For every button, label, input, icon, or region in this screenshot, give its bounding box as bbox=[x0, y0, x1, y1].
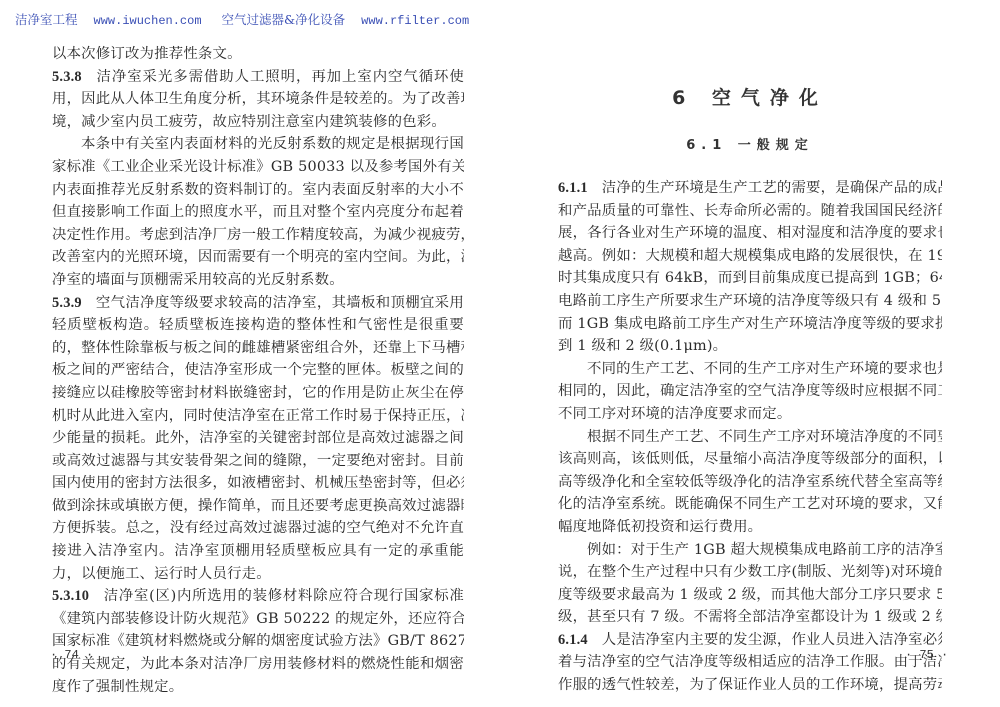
text-line: 和产品质量的可靠性、长寿命所必需的。随着我国国民经济的发 bbox=[558, 200, 942, 223]
text-line: 的有关规定，为此本条对洁净厂房用装修材料的燃烧性能和烟密 bbox=[52, 653, 464, 676]
site2-url[interactable]: www.rfilter.com bbox=[361, 14, 469, 28]
line-text: 净室的墙面与顶棚需采用较高的光反射系数。 bbox=[52, 272, 344, 288]
text-line: 板之间的严密结合，使洁净室形成一个完整的匣体。板壁之间的 bbox=[52, 359, 464, 382]
text-line: 以本次修订改为推荐性条文。 bbox=[52, 43, 464, 66]
line-text: 化的洁净室系统。既能确保不同生产工艺对环境的要求，又能大 bbox=[558, 496, 942, 512]
text-line: 《建筑内部装修设计防火规范》GB 50222 的规定外，还应符合现行 bbox=[52, 608, 464, 631]
text-line: 机时从此进入室内，同时使洁净室在正常工作时易于保持正压，减 bbox=[52, 405, 464, 428]
line-text: 板之间的严密结合，使洁净室形成一个完整的匣体。板壁之间的 bbox=[52, 362, 464, 378]
text-line: 例如：对于生产 1GB 超大规模集成电路前工序的洁净室来 bbox=[558, 539, 942, 562]
text-line: 用，因此从人体卫生角度分析，其环境条件是较差的。为了改善环 bbox=[52, 88, 464, 111]
line-text: 做到涂抹或填嵌方便，操作简单，而且还要考虑更换高效过滤器时 bbox=[52, 498, 464, 514]
text-line: 说，在整个生产过程中只有少数工序(制版、光刻等)对环境的洁净 bbox=[558, 561, 942, 584]
text-line: 度等级要求最高为 1 级或 2 级，而其他大部分工序只要求 5 级、6 bbox=[558, 584, 942, 607]
line-text: 决定性作用。考虑到洁净厂房一般工作精度较高，为减少视疲劳， bbox=[52, 227, 464, 243]
line-text: 到 1 级和 2 级(0.1μm)。 bbox=[558, 338, 727, 354]
text-line: 越高。例如：大规模和超大规模集成电路的发展很快，在 1980 年 bbox=[558, 245, 942, 268]
line-text: 轻质壁板构造。轻质壁板连接构造的整体性和气密性是很重要 bbox=[52, 317, 464, 333]
text-line: 到 1 级和 2 级(0.1μm)。 bbox=[558, 335, 942, 358]
line-text: 根据不同生产工艺、不同生产工序对环境洁净度的不同要求， bbox=[587, 429, 942, 445]
text-line: 但直接影响工作面上的照度水平，而且对整个室内亮度分布起着 bbox=[52, 201, 464, 224]
text-line: 电路前工序生产所要求生产环境的洁净度等级只有 4 级和 5 级， bbox=[558, 290, 942, 313]
section-title: 6.1 一般规定 bbox=[558, 135, 942, 157]
line-text: 和产品质量的可靠性、长寿命所必需的。随着我国国民经济的发 bbox=[558, 203, 942, 219]
text-line: 轻质壁板构造。轻质壁板连接构造的整体性和气密性是很重要 bbox=[52, 314, 464, 337]
line-text: 机时从此进入室内，同时使洁净室在正常工作时易于保持正压，减 bbox=[52, 408, 464, 424]
text-line: 本条中有关室内表面材料的光反射系数的规定是根据现行国 bbox=[52, 133, 464, 156]
line-text: 度作了强制性规定。 bbox=[52, 679, 183, 695]
clause-number: 6.1.4 bbox=[558, 632, 588, 648]
site1-url[interactable]: www.iwuchen.com bbox=[94, 14, 202, 28]
page-number-left: · 74 · bbox=[50, 648, 93, 662]
line-text: 相同的，因此，确定洁净室的空气洁净度等级时应根据不同工艺、 bbox=[558, 383, 942, 399]
text-line: 改善室内的光照环境，因而需要有一个明亮的室内空间。为此，洁 bbox=[52, 246, 464, 269]
text-line: 家标准《工业企业采光设计标准》GB 50033 以及参考国外有关室 bbox=[52, 156, 464, 179]
text-line: 时其集成度只有 64kB，而到目前集成度已提高到 1GB；64kB 集成 bbox=[558, 267, 942, 290]
line-text: 国内使用的密封方法很多，如液槽密封、机械压垫密封等，但必须 bbox=[52, 475, 464, 491]
line-text: 《建筑内部装修设计防火规范》GB 50222 的规定外，还应符合现行 bbox=[52, 611, 464, 627]
line-text: 或高效过滤器与其安装骨架之间的缝隙，一定要绝对密封。目前 bbox=[52, 453, 464, 469]
line-text: 接缝应以硅橡胶等密封材料嵌缝密封，它的作用是防止灰尘在停 bbox=[52, 385, 464, 401]
text-line: 不同的生产工艺、不同的生产工序对生产环境的要求也是不 bbox=[558, 358, 942, 381]
text-line: 5.3.9空气洁净度等级要求较高的洁净室，其墙板和顶棚宜采用 bbox=[52, 292, 464, 315]
text-line: 化的洁净室系统。既能确保不同生产工艺对环境的要求，又能大 bbox=[558, 493, 942, 516]
text-line: 级，甚至只有 7 级。不需将全部洁净室都设计为 1 级或 2 级。 bbox=[558, 606, 942, 629]
text-line: 幅度地降低初投资和运行费用。 bbox=[558, 516, 942, 539]
text-line: 作服的透气性较差，为了保证作业人员的工作环境，提高劳动生产 bbox=[558, 674, 942, 697]
text-line: 而 1GB 集成电路前工序生产对生产环境洁净度等级的要求提高 bbox=[558, 313, 942, 336]
text-line: 6.1.4人是洁净室内主要的发尘源，作业人员进入洁净室必须穿 bbox=[558, 629, 942, 652]
text-line: 高等级净化和全室较低等级净化的洁净室系统代替全室高等级净 bbox=[558, 471, 942, 494]
page-number-right: · 75 · bbox=[905, 648, 948, 662]
text-line: 境，减少室内员工疲劳，故应特别注意室内建筑装修的色彩。 bbox=[52, 111, 464, 134]
line-text: 不同的生产工艺、不同的生产工序对生产环境的要求也是不 bbox=[587, 361, 942, 377]
line-text: 着与洁净室的空气洁净度等级相适应的洁净工作服。由于洁净工 bbox=[558, 654, 942, 670]
text-line: 力，以便施工、运行时人员行走。 bbox=[52, 563, 464, 586]
line-text: 作服的透气性较差，为了保证作业人员的工作环境，提高劳动生产 bbox=[558, 677, 942, 693]
line-text: 国家标准《建筑材料燃烧或分解的烟密度试验方法》GB/T 8627 bbox=[52, 633, 464, 649]
line-text: 空气洁净度等级要求较高的洁净室，其墙板和顶棚宜采用 bbox=[96, 295, 464, 311]
line-text: 以本次修订改为推荐性条文。 bbox=[52, 46, 242, 62]
line-text: 用，因此从人体卫生角度分析，其环境条件是较差的。为了改善环 bbox=[52, 91, 464, 107]
text-line: 度作了强制性规定。 bbox=[52, 676, 464, 699]
clause-number: 6.1.1 bbox=[558, 180, 588, 196]
text-line: 展，各行各业对生产环境的温度、相对湿度和洁净度的要求也越来 bbox=[558, 222, 942, 245]
site2-name: 空气过滤器&净化设备 bbox=[222, 12, 346, 27]
line-text: 该高则高，该低则低，尽量缩小高洁净度等级部分的面积，以局部 bbox=[558, 451, 942, 467]
line-text: 接进入洁净室内。洁净室顶棚用轻质壁板应具有一定的承重能 bbox=[52, 543, 464, 559]
line-text: 的有关规定，为此本条对洁净厂房用装修材料的燃烧性能和烟密 bbox=[52, 656, 464, 672]
line-text: 的，整体性除靠板与板之间的雌雄槽紧密组合外，还靠上下马槽和 bbox=[52, 340, 464, 356]
line-text: 而 1GB 集成电路前工序生产对生产环境洁净度等级的要求提高 bbox=[558, 316, 942, 332]
site1-name: 洁净室工程 bbox=[15, 12, 78, 27]
text-line: 国家标准《建筑材料燃烧或分解的烟密度试验方法》GB/T 8627 bbox=[52, 630, 464, 653]
line-text: 度等级要求最高为 1 级或 2 级，而其他大部分工序只要求 5 级、6 bbox=[558, 587, 942, 603]
watermark-header: 洁净室工程www.iwuchen.com 空气过滤器&净化设备www.rfilt… bbox=[15, 10, 485, 28]
chapter-title: 6 空气净化 bbox=[558, 77, 942, 119]
text-line: 方便拆装。总之，没有经过高效过滤器过滤的空气绝对不允许直 bbox=[52, 517, 464, 540]
line-text: 家标准《工业企业采光设计标准》GB 50033 以及参考国外有关室 bbox=[52, 159, 464, 175]
text-line: 根据不同生产工艺、不同生产工序对环境洁净度的不同要求， bbox=[558, 426, 942, 449]
line-text: 本条中有关室内表面材料的光反射系数的规定是根据现行国 bbox=[81, 136, 464, 152]
text-line: 5.3.8洁净室采光多需借助人工照明，再加上室内空气循环使 bbox=[52, 66, 464, 89]
line-text: 级，甚至只有 7 级。不需将全部洁净室都设计为 1 级或 2 级。 bbox=[558, 609, 942, 625]
text-line: 6.1.1洁净的生产环境是生产工艺的需要，是确保产品的成品率 bbox=[558, 177, 942, 200]
line-text: 越高。例如：大规模和超大规模集成电路的发展很快，在 1980 年 bbox=[558, 248, 942, 264]
text-line: 少能量的损耗。此外，洁净室的关键密封部位是高效过滤器之间 bbox=[52, 427, 464, 450]
clause-number: 5.3.9 bbox=[52, 295, 82, 311]
right-page: 6 空气净化 6.1 一般规定 6.1.1洁净的生产环境是生产工艺的需要，是确保… bbox=[558, 43, 942, 697]
line-text: 时其集成度只有 64kB，而到目前集成度已提高到 1GB；64kB 集成 bbox=[558, 270, 942, 286]
line-text: 力，以便施工、运行时人员行走。 bbox=[52, 566, 271, 582]
text-line: 接进入洁净室内。洁净室顶棚用轻质壁板应具有一定的承重能 bbox=[52, 540, 464, 563]
text-line: 不同工序对环境的洁净度要求而定。 bbox=[558, 403, 942, 426]
text-line: 着与洁净室的空气洁净度等级相适应的洁净工作服。由于洁净工 bbox=[558, 651, 942, 674]
line-text: 少能量的损耗。此外，洁净室的关键密封部位是高效过滤器之间 bbox=[52, 430, 464, 446]
text-line: 内表面推荐光反射系数的资料制订的。室内表面反射率的大小不 bbox=[52, 179, 464, 202]
clause-number: 5.3.10 bbox=[52, 588, 89, 604]
text-line: 国内使用的密封方法很多，如液槽密封、机械压垫密封等，但必须 bbox=[52, 472, 464, 495]
line-text: 展，各行各业对生产环境的温度、相对湿度和洁净度的要求也越来 bbox=[558, 225, 942, 241]
line-text: 电路前工序生产所要求生产环境的洁净度等级只有 4 级和 5 级， bbox=[558, 293, 942, 309]
text-line: 净室的墙面与顶棚需采用较高的光反射系数。 bbox=[52, 269, 464, 292]
text-line: 做到涂抹或填嵌方便，操作简单，而且还要考虑更换高效过滤器时 bbox=[52, 495, 464, 518]
text-line: 接缝应以硅橡胶等密封材料嵌缝密封，它的作用是防止灰尘在停 bbox=[52, 382, 464, 405]
line-text: 高等级净化和全室较低等级净化的洁净室系统代替全室高等级净 bbox=[558, 474, 942, 490]
text-line: 该高则高，该低则低，尽量缩小高洁净度等级部分的面积，以局部 bbox=[558, 448, 942, 471]
line-text: 但直接影响工作面上的照度水平，而且对整个室内亮度分布起着 bbox=[52, 204, 464, 220]
line-text: 内表面推荐光反射系数的资料制订的。室内表面反射率的大小不 bbox=[52, 182, 464, 198]
line-text: 洁净的生产环境是生产工艺的需要，是确保产品的成品率 bbox=[602, 180, 942, 196]
line-text: 境，减少室内员工疲劳，故应特别注意室内建筑装修的色彩。 bbox=[52, 114, 446, 130]
text-line: 5.3.10洁净室(区)内所选用的装修材料除应符合现行国家标准 bbox=[52, 585, 464, 608]
line-text: 洁净室(区)内所选用的装修材料除应符合现行国家标准 bbox=[103, 588, 464, 604]
text-line: 决定性作用。考虑到洁净厂房一般工作精度较高，为减少视疲劳， bbox=[52, 224, 464, 247]
right-page-body: 6.1.1洁净的生产环境是生产工艺的需要，是确保产品的成品率和产品质量的可靠性、… bbox=[558, 177, 942, 697]
line-text: 幅度地降低初投资和运行费用。 bbox=[558, 519, 762, 535]
line-text: 人是洁净室内主要的发尘源，作业人员进入洁净室必须穿 bbox=[602, 632, 942, 648]
left-page: 以本次修订改为推荐性条文。5.3.8洁净室采光多需借助人工照明，再加上室内空气循… bbox=[52, 43, 464, 698]
line-text: 说，在整个生产过程中只有少数工序(制版、光刻等)对环境的洁净 bbox=[558, 564, 942, 580]
text-line: 或高效过滤器与其安装骨架之间的缝隙，一定要绝对密封。目前 bbox=[52, 450, 464, 473]
line-text: 例如：对于生产 1GB 超大规模集成电路前工序的洁净室来 bbox=[587, 542, 942, 558]
line-text: 方便拆装。总之，没有经过高效过滤器过滤的空气绝对不允许直 bbox=[52, 520, 464, 536]
line-text: 洁净室采光多需借助人工照明，再加上室内空气循环使 bbox=[96, 69, 464, 85]
text-line: 相同的，因此，确定洁净室的空气洁净度等级时应根据不同工艺、 bbox=[558, 380, 942, 403]
text-line: 的，整体性除靠板与板之间的雌雄槽紧密组合外，还靠上下马槽和 bbox=[52, 337, 464, 360]
clause-number: 5.3.8 bbox=[52, 69, 82, 85]
line-text: 改善室内的光照环境，因而需要有一个明亮的室内空间。为此，洁 bbox=[52, 249, 464, 265]
line-text: 不同工序对环境的洁净度要求而定。 bbox=[558, 406, 791, 422]
